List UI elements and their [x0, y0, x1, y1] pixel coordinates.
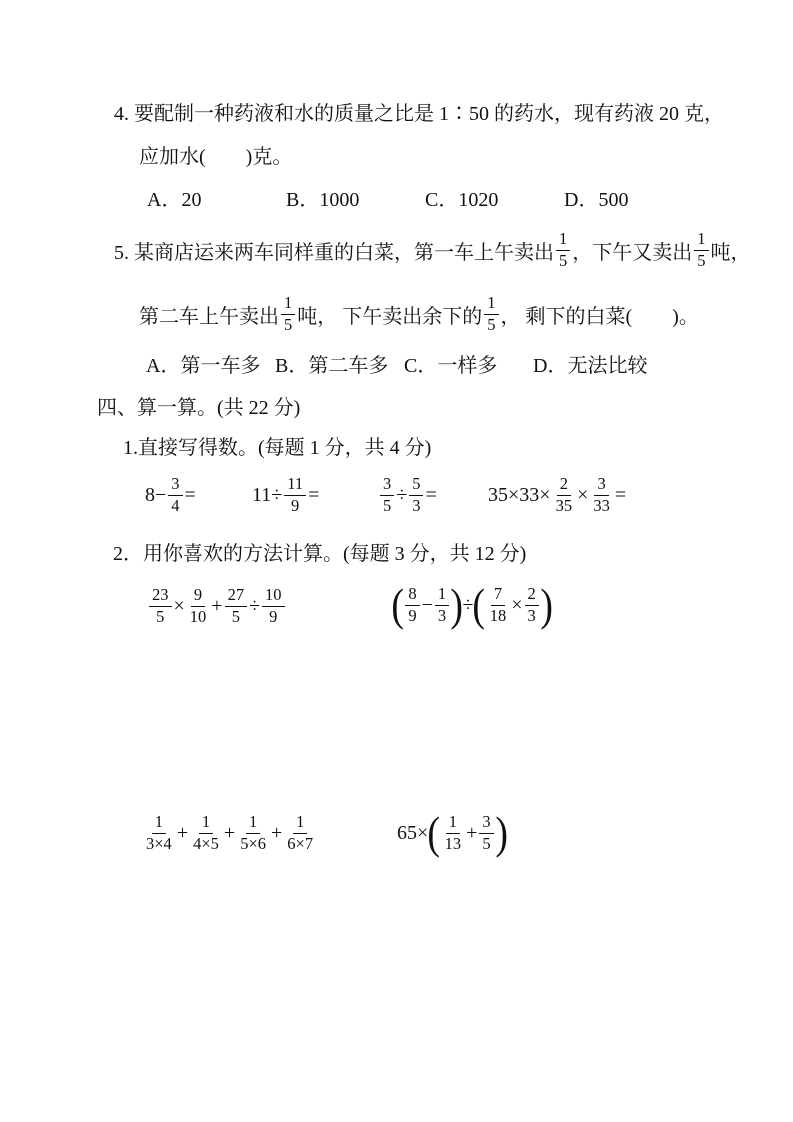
- fraction: 15: [694, 230, 708, 270]
- fraction: 35: [479, 813, 493, 853]
- big-paren: ): [495, 812, 508, 853]
- math-text: 65×: [397, 822, 428, 845]
- big-paren: (: [428, 812, 441, 853]
- fraction: 910: [187, 586, 210, 626]
- math-text: +: [211, 595, 222, 618]
- question-5-line-2: 第二车上午卖出15吨， 下午卖出余下的15， 剩下的白菜( )。: [139, 290, 699, 338]
- section-4-header: 四、算一算。(共 22 分): [97, 396, 300, 420]
- fraction: 718: [487, 585, 510, 625]
- option-c: C．1020: [425, 188, 564, 212]
- math-text: ， 剩下的白菜( )。: [501, 300, 699, 329]
- math-text: ×: [174, 595, 185, 618]
- math-text: =: [425, 484, 436, 507]
- math-expression: 11÷119=: [252, 468, 319, 522]
- question-5-line-1: 5. 某商店运来两车同样重的白菜，第一车上午卖出15，下午又卖出15吨，: [114, 226, 751, 274]
- fraction: 16×7: [284, 813, 316, 853]
- fraction: 53: [409, 475, 423, 515]
- math-text: ×: [511, 594, 522, 617]
- option-d: D．500: [564, 188, 628, 212]
- math-text: 吨， 下午卖出余下的: [297, 300, 482, 329]
- fraction: 333: [590, 475, 613, 515]
- math-text: 吨，: [711, 236, 751, 265]
- math-text: −: [422, 594, 433, 617]
- fraction: 15: [556, 230, 570, 270]
- option-a: A．第一车多: [146, 354, 275, 378]
- option-c: C．一样多: [404, 354, 533, 378]
- subsection-2-header: 2．用你喜欢的方法计算。(每题 3 分，共 12 分): [113, 542, 526, 566]
- math-text: +: [177, 822, 188, 845]
- worksheet-page: 4. 要配制一种药液和水的质量之比是 1∶50 的药水，现有药液 20 克， 应…: [0, 0, 793, 1122]
- fraction: 15: [281, 294, 295, 334]
- fraction: 14×5: [190, 813, 222, 853]
- math-text: =: [615, 484, 626, 507]
- math-text: =: [185, 484, 196, 507]
- math-expression: 13×4+14×5+15×6+16×7: [141, 804, 318, 862]
- math-text: +: [224, 822, 235, 845]
- math-expression: 35×33×235×333=: [488, 468, 626, 522]
- math-expression: (89−13)÷(718×23): [392, 575, 552, 635]
- math-expression: 235×910+275÷109: [147, 577, 287, 635]
- math-text: 35×33×: [488, 484, 551, 507]
- fraction: 35: [380, 475, 394, 515]
- math-text: ÷: [396, 484, 407, 507]
- question-5-options: A．第一车多 B．第二车多 C．一样多 D．无法比较: [146, 354, 647, 378]
- math-expression: 65×(113+35): [397, 803, 507, 863]
- fraction: 119: [284, 475, 306, 515]
- math-text: ×: [577, 484, 588, 507]
- math-expression: 8−34=: [145, 468, 196, 522]
- math-text: ，下午又卖出: [572, 236, 692, 265]
- question-4-line-2: 应加水( )克。: [139, 145, 292, 169]
- math-text: 11÷: [252, 484, 282, 507]
- option-b: B．1000: [286, 188, 425, 212]
- big-paren: ): [540, 584, 553, 625]
- fraction: 13×4: [143, 813, 175, 853]
- fraction: 23: [525, 585, 539, 625]
- fraction: 13: [435, 585, 449, 625]
- math-text: ÷: [249, 595, 260, 618]
- fraction: 275: [225, 586, 248, 626]
- fraction: 235: [553, 475, 576, 515]
- fraction: 34: [168, 475, 182, 515]
- option-a: A．20: [147, 188, 286, 212]
- fraction: 15×6: [237, 813, 269, 853]
- math-text: 8−: [145, 484, 166, 507]
- option-b: B．第二车多: [275, 354, 404, 378]
- fraction: 15: [484, 294, 498, 334]
- math-text: +: [466, 822, 477, 845]
- fraction: 89: [405, 585, 419, 625]
- math-text: 5. 某商店运来两车同样重的白菜，第一车上午卖出: [114, 236, 554, 265]
- fraction: 113: [442, 813, 465, 853]
- math-text: +: [271, 822, 282, 845]
- big-paren: (: [473, 584, 486, 625]
- big-paren: ): [450, 584, 463, 625]
- math-text: =: [308, 484, 319, 507]
- fraction: 109: [262, 586, 285, 626]
- math-text: 第二车上午卖出: [139, 300, 279, 329]
- question-4-options: A．20 B．1000 C．1020 D．500: [147, 188, 628, 212]
- question-4-line-1: 4. 要配制一种药液和水的质量之比是 1∶50 的药水，现有药液 20 克，: [114, 102, 724, 126]
- fraction: 235: [149, 586, 172, 626]
- big-paren: (: [391, 584, 404, 625]
- math-expression: 35÷53=: [378, 468, 437, 522]
- option-d: D．无法比较: [533, 354, 647, 378]
- subsection-1-header: 1.直接写得数。(每题 1 分，共 4 分): [123, 436, 431, 460]
